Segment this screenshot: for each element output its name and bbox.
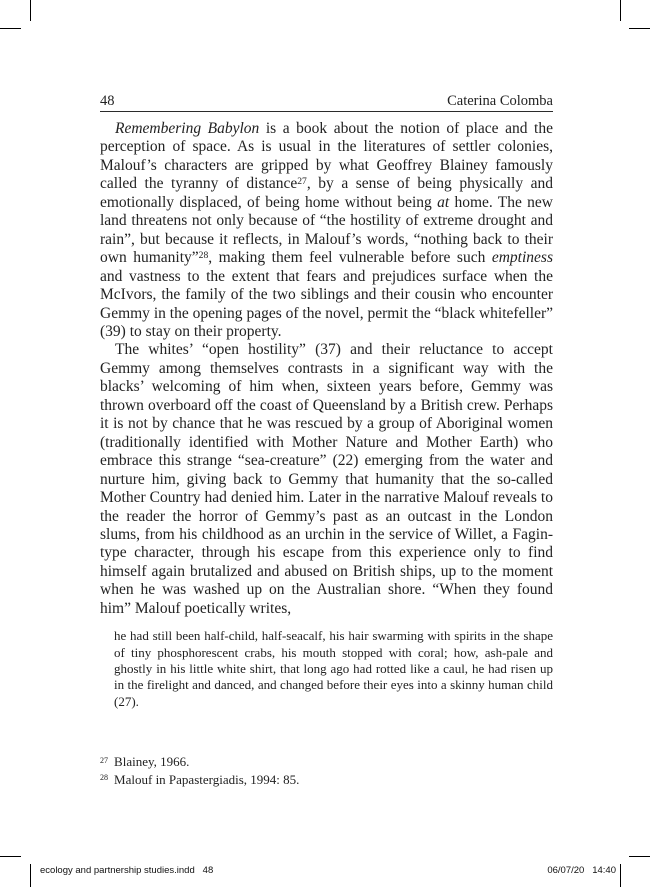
paragraphs-container: Remembering Babylon is a book about the …: [100, 120, 553, 618]
footnote-text: Blainey, 1966.: [114, 754, 189, 769]
text-segment: The whites’ “open hostility” (37) and th…: [100, 341, 553, 616]
footnotes: 27Blainey, 1966.28Malouf in Papastergiad…: [100, 753, 553, 788]
header-rule: [100, 111, 553, 112]
block-quote: he had still been half-child, half-seaca…: [114, 628, 553, 710]
slug-line: ecology and partnership studies.indd 48 …: [40, 865, 616, 877]
crop-mark-top-left-horizontal: [0, 28, 21, 29]
crop-mark-top-right-vertical: [620, 0, 621, 21]
footnote-reference: 28: [199, 250, 209, 261]
page-canvas: 48 Caterina Colomba Remembering Babylon …: [0, 0, 650, 887]
crop-mark-top-right-horizontal: [629, 28, 650, 29]
crop-mark-bottom-right-horizontal: [629, 856, 650, 857]
body-text: Remembering Babylon is a book about the …: [100, 120, 553, 710]
footnote-marker: 27: [100, 756, 108, 765]
crop-mark-bottom-left-vertical: [30, 864, 31, 887]
crop-mark-bottom-right-vertical: [620, 864, 621, 887]
paragraph-2: The whites’ “open hostility” (37) and th…: [100, 341, 553, 618]
running-head-author: Caterina Colomba: [447, 93, 553, 110]
text-segment: and vastness to the extent that fears an…: [100, 268, 553, 340]
footnote-text: Malouf in Papastergiadis, 1994: 85.: [114, 772, 299, 787]
text-segment: Remembering Babylon: [115, 120, 259, 137]
text-segment: , making them feel vulnerable before suc…: [208, 249, 492, 266]
crop-mark-bottom-left-horizontal: [0, 856, 21, 857]
text-segment: emptiness: [492, 249, 553, 266]
footnote-27: 27Blainey, 1966.: [100, 753, 553, 771]
footnote-marker: 28: [100, 773, 108, 782]
footnote-28: 28Malouf in Papastergiadis, 1994: 85.: [100, 771, 553, 789]
slug-datetime: 06/07/20 14:40: [547, 865, 616, 877]
footnote-reference: 27: [297, 176, 307, 187]
crop-mark-top-left-vertical: [30, 0, 31, 21]
paragraph-1: Remembering Babylon is a book about the …: [100, 120, 553, 341]
text-segment: at: [437, 194, 449, 211]
slug-filename: ecology and partnership studies.indd 48: [40, 865, 213, 877]
page-number: 48: [100, 93, 115, 110]
page-header: 48 Caterina Colomba: [100, 93, 553, 110]
text-segment: he had still been half-child, half-seaca…: [114, 628, 553, 709]
